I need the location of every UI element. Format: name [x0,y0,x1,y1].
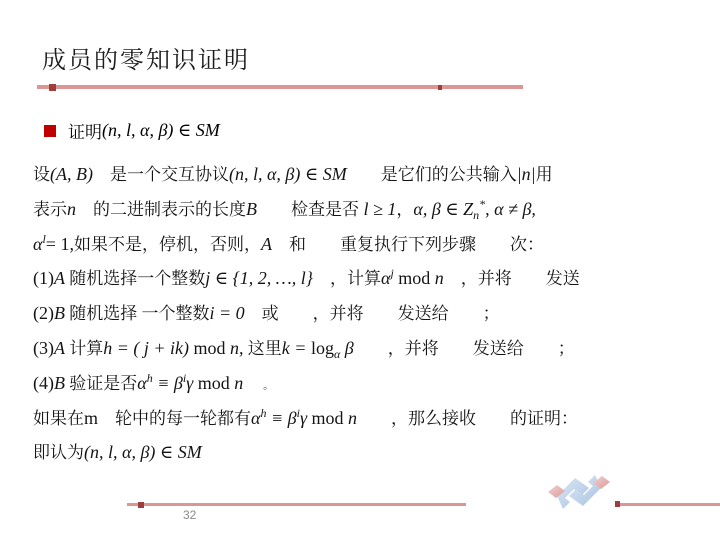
text-segment: B [54,373,65,393]
logo-icon [544,466,614,518]
bullet-square-icon [44,125,56,137]
text-segment: ，并将 [279,304,364,323]
text-segment: (3) [33,338,54,358]
text-segment: 设 [33,165,50,184]
text-segment: n, [230,338,244,358]
text-segment: A [54,268,65,288]
text-segment: 计算 [65,339,103,358]
text-line: (2)B 随机选择 一个整数i = 0 或 ，并将 发送给 ； [33,299,720,334]
text-segment: ； [524,339,575,358]
text-segment: n [234,373,243,393]
text-line: 如果在m 轮中的每一轮都有αh ≡ βiγ mod n ，那么接收 的证明： [33,404,720,439]
text-segment: 如果在 [33,409,84,428]
text-segment: m [84,408,98,428]
text-segment: 验证是否 [65,374,137,393]
text-segment: (n, l, α, β) ∈ SM [229,164,347,184]
text-line: (4)B 验证是否αh ≡ βiγ mod n 。 [33,369,720,404]
text-segment: 重复执行下列步骤 [306,235,476,254]
text-segment: 发送 [512,269,580,288]
footer-rule-left [127,503,466,506]
text-line: (3)A 计算h = ( j + ik) mod n, 这里k = logα β… [33,334,720,369]
page-number: 32 [183,508,196,522]
text-segment: γ [300,408,307,428]
text-segment: 如果不是，停机，否则， [74,235,261,254]
text-segment: 。 [243,381,273,392]
text-segment: 轮中的每一轮都有 [98,409,251,428]
text-segment: β [340,338,353,358]
text-segment: 次： [476,235,544,254]
text-segment: mod [307,408,348,428]
text-segment: n [67,199,76,219]
text-segment: i = 0 [210,303,245,323]
text-segment: α, β ∈ Z [413,199,473,219]
text-segment: 或 [245,304,279,323]
text-segment: = 1, [46,234,74,254]
text-segment: 随机选择 [65,304,137,323]
text-segment: |n| [517,164,536,184]
bullet-label: 证明 [68,118,102,143]
text-line: (1)A 随机选择一个整数j ∈ {1, 2, …, l} ，计算αj mod … [33,264,720,299]
text-segment: l ≥ 1 [359,199,396,219]
text-line: 设(A, B) 是一个交互协议(n, l, α, β) ∈ SM 是它们的公共输… [33,160,720,195]
text-segment: ，那么接收 [357,409,476,428]
text-segment: 和 [272,235,306,254]
text-line: 即认为(n, l, α, β) ∈ SM [33,438,720,473]
text-segment: 是一个交互协议 [93,165,229,184]
text-segment: log [311,338,334,358]
text-segment: (A, B) [50,164,93,184]
text-segment: n [348,408,357,428]
text-segment: 的证明： [476,409,578,428]
text-segment: ，并将 [444,269,512,288]
text-segment: 随机选择一个整数 [65,269,205,288]
text-segment: 的二进制表示的长度 [76,200,246,219]
text-segment: mod [189,338,230,358]
text-segment: 即认为 [33,443,84,462]
text-segment: ，并将 [354,339,439,358]
text-segment: (n, l, α, β) ∈ SM [84,442,202,462]
underline-accent-square [438,85,442,90]
footer-rule-right [615,503,720,506]
text-segment: A [261,234,272,254]
text-segment: h = ( j + ik) [103,338,189,358]
text-segment: (2) [33,303,54,323]
text-line: 表示n 的二进制表示的长度B 检查是否 l ≥ 1，α, β ∈ Zn*, α … [33,195,720,230]
text-segment: B [246,199,257,219]
text-segment: 发送给 [439,339,524,358]
text-segment: 一个整数 [137,304,209,323]
footer-accent-square [138,502,144,508]
text-segment: ≡ β [266,408,296,428]
text-segment: 发送给 [364,304,449,323]
text-segment: ，计算 [313,269,381,288]
footer-accent-square [615,501,620,507]
text-segment: j ∈ {1, 2, …, l} [205,268,313,288]
underline-accent-square [49,84,56,91]
text-segment: 这里 [244,339,282,358]
text-segment: 用 [536,165,553,184]
text-segment: ； [449,304,500,323]
text-segment: n [435,268,444,288]
text-segment: , α ≠ β, [485,199,536,219]
bullet-formula: (n, l, α, β) ∈ SM [102,120,220,141]
text-segment: A [54,338,65,358]
text-line: αl= 1,如果不是，停机，否则，A 和 重复执行下列步骤 次： [33,230,720,265]
text-segment: (4) [33,373,54,393]
text-segment: mod [394,268,435,288]
text-segment: α [137,373,146,393]
title-underline [37,85,523,89]
text-segment: 是它们的公共输入 [347,165,517,184]
content-lines: 设(A, B) 是一个交互协议(n, l, α, β) ∈ SM 是它们的公共输… [33,160,720,473]
presentation-slide: 成员的零知识证明 证明 (n, l, α, β) ∈ SM 设(A, B) 是一… [0,0,720,540]
bullet-line: 证明 (n, l, α, β) ∈ SM [44,118,220,143]
text-segment: k = [282,338,311,358]
text-segment: ≡ β [153,373,183,393]
text-segment: ， [396,200,413,219]
text-segment: B [54,303,65,323]
text-segment: 检查是否 [257,200,359,219]
text-segment: (1) [33,268,54,288]
text-segment: 表示 [33,200,67,219]
text-segment: mod [193,373,234,393]
slide-title: 成员的零知识证明 [42,40,250,75]
